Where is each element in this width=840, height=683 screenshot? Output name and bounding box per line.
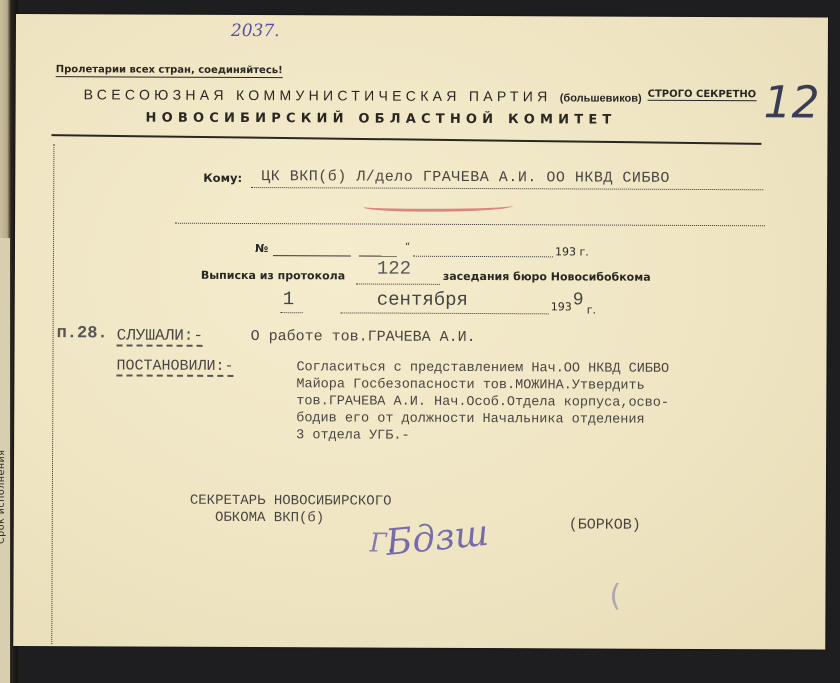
day-line (359, 255, 397, 256)
red-pencil-underline (363, 201, 513, 213)
recipient-line (251, 187, 763, 190)
number-line (273, 255, 351, 256)
date-year-suffix: г. (587, 303, 596, 316)
slogan: Пролетарии всех стран, соединяйтесь! (56, 64, 283, 78)
recipient-value: ЦК ВКП(б) Л/дело ГРАЧЕВА А.И. ОО НКВД СИ… (261, 168, 670, 187)
secretary-name: (БОРКОВ) (569, 516, 641, 533)
date-day-line (281, 312, 303, 313)
protocol-line (356, 283, 440, 284)
margin-label: Срок исполнения (0, 450, 7, 544)
resolved-label: ПОСТАНОВИЛИ:- (116, 357, 233, 375)
heard-label: СЛУШАЛИ:- (117, 326, 203, 344)
year-label: 193 г. (555, 245, 589, 258)
protocol-number: 122 (377, 258, 411, 280)
document-sheet: 2037. Пролетарии всех стран, соединяйтес… (13, 14, 828, 650)
meeting-label: заседания бюро Новосибобкома (443, 270, 651, 284)
date-month-line (341, 312, 549, 314)
date-year-prefix: 193 (551, 300, 572, 313)
recipient-label: Кому: (203, 171, 242, 185)
signature-tail-stroke: ( (609, 579, 621, 614)
classification-stamp: СТРОГО СЕКРЕТНО (648, 89, 757, 101)
resolution-text: Согласиться с представлением Нач.ОО НКВД… (296, 359, 669, 446)
extract-label: Выписка из протокола (201, 269, 345, 283)
quote-mark: “ (405, 242, 410, 253)
header-rule (51, 134, 761, 145)
date-month: сентября (377, 289, 468, 311)
secretary-title: СЕКРЕТАРЬ НОВОСИБИРСКОГО ОБКОМА ВКП(б) (190, 493, 392, 528)
margin-dotted-line (51, 144, 54, 644)
committee-header: НОВОСИБИРСКИЙ ОБЛАСТНОЙ КОМИТЕТ (146, 111, 617, 128)
date-year-digit: 9 (573, 290, 584, 310)
recipient-line-2 (175, 223, 765, 227)
party-suffix: (большевиков) (560, 92, 642, 104)
heard-label-text: СЛУШАЛИ:- (117, 326, 204, 346)
party-name: ВСЕСОЮЗНАЯ КОММУНИСТИЧЕСКАЯ ПАРТИЯ (84, 86, 552, 104)
sheet-number-handwritten: 12 (764, 77, 820, 128)
item-number: п.28. (57, 324, 108, 343)
archive-number-handwritten: 2037. (231, 21, 280, 41)
number-label: № (255, 242, 268, 255)
date-day: 1 (283, 288, 295, 310)
month-line (413, 256, 553, 258)
resolved-label-text: ПОСТАНОВИЛИ:- (116, 357, 233, 377)
party-header: ВСЕСОЮЗНАЯ КОММУНИСТИЧЕСКАЯ ПАРТИЯ (боль… (84, 86, 642, 104)
heard-text: О работе тов.ГРАЧЕВА А.И. (251, 328, 476, 346)
handwritten-signature: Бдзш (384, 513, 491, 564)
